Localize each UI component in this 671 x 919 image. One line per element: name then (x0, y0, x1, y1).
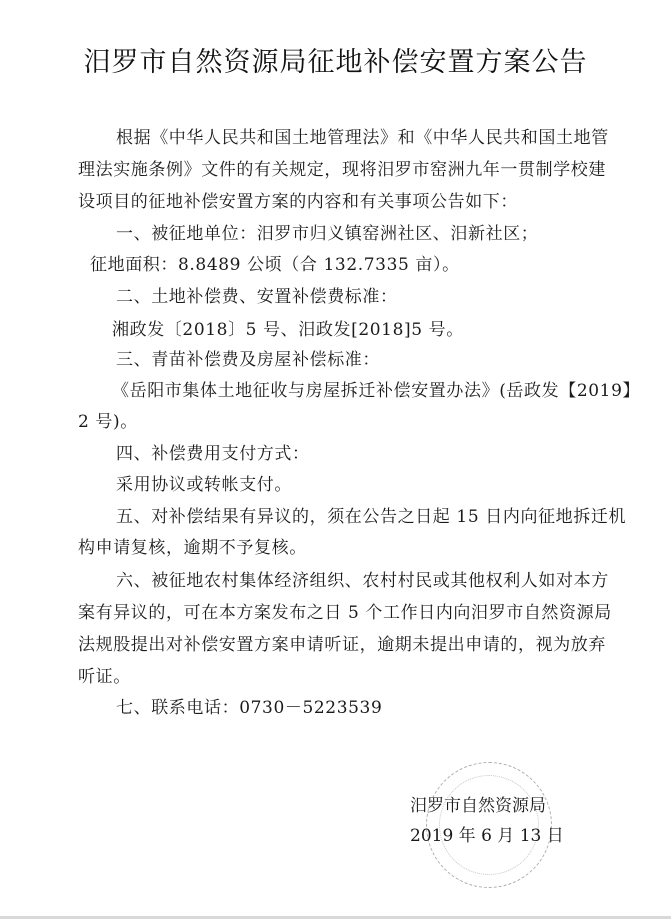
paragraph-line: 根据《中华人民共和国土地管理法》和《中华人民共和国土地管 (116, 123, 609, 148)
section-1-heading: 一、被征地单位：汨罗市归义镇窑洲社区、汨新社区； (116, 219, 538, 244)
section-1-area: 征地面积：8.8489 公顷（合 132.7335 亩）。 (90, 250, 460, 275)
section-7-contact-phone: 七、联系电话：0730－5223539 (116, 693, 382, 718)
paragraph-line: 理法实施条例》文件的有关规定，现将汨罗市窑洲九年一贯制学校建 (78, 155, 606, 180)
section-4-content: 采用协议或转帐支付。 (116, 470, 292, 495)
section-2-heading: 二、土地补偿费、安置补偿费标准： (116, 282, 398, 307)
issuer-name: 汨罗市自然资源局 (410, 791, 546, 816)
issue-date: 2019 年 6 月 13 日 (410, 821, 564, 846)
section-6-text-cont: 案有异议的，可在本方案发布之日 5 个工作日内向汨罗市自然资源局 (78, 598, 612, 623)
section-5-text-cont: 构申请复核，逾期不予复核。 (78, 533, 307, 558)
section-6-text: 六、被征地农村集体经济组织、农村村民或其他权利人如对本方 (116, 566, 609, 591)
section-3-content-cont: 2 号)。 (78, 407, 138, 432)
paragraph-line: 设项目的征地补偿安置方案的内容和有关事项公告如下： (78, 187, 518, 212)
section-2-content: 湘政发〔2018〕5 号、汨政发[2018]5 号。 (112, 315, 464, 340)
section-4-heading: 四、补偿费用支付方式： (116, 439, 310, 464)
document-page: 汨罗市自然资源局征地补偿安置方案公告 根据《中华人民共和国土地管理法》和《中华人… (0, 0, 671, 916)
document-title: 汨罗市自然资源局征地补偿安置方案公告 (0, 40, 671, 79)
section-6-text-cont: 法规股提出对补偿安置方案申请听证，逾期未提出申请的，视为放弃 (78, 630, 606, 655)
section-3-heading: 三、青苗补偿费及房屋补偿标准： (116, 345, 380, 370)
section-6-text-cont: 听证。 (78, 662, 131, 687)
section-3-content: 《岳阳市集体土地征收与房屋拆迁补偿安置办法》(岳政发【2019】 (112, 376, 640, 401)
section-5-text: 五、对补偿结果有异议的，须在公告之日起 15 日内向征地拆迁机 (116, 502, 626, 527)
